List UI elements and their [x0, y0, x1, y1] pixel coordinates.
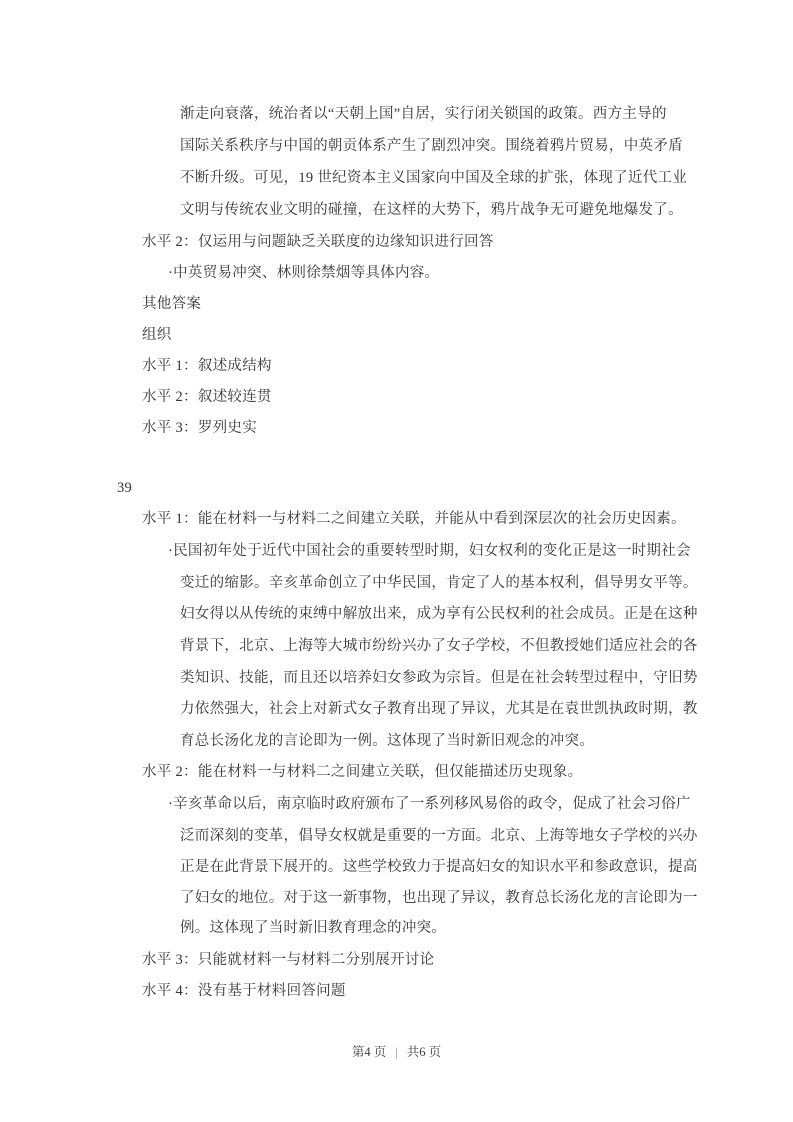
q39-level2-label: 水平 2：能在材料一与材料二之间建立关联，但仅能描述历史现象。	[142, 762, 582, 782]
q39-level1-example-line: 类知识、技能，而且还以培养妇女参政为宗旨。但是在社会转型过程中，守旧势	[180, 668, 698, 688]
question-39-number: 39	[117, 478, 132, 498]
q38-level1-answer-line: 文明与传统农业文明的碰撞，在这样的大势下，鸦片战争无可避免地爆发了。	[180, 200, 683, 220]
q38-level2-label: 水平 2：仅运用与问题缺乏关联度的边缘知识进行回答	[142, 232, 494, 252]
q39-level2-example-line: 了妇女的地位。对于这一新事物，也出现了异议，教育总长汤化龙的言论即为一	[180, 888, 698, 908]
organization-level3: 水平 3：罗列史实	[142, 418, 257, 438]
q39-level1-example-line: ·民国初年处于近代中国社会的重要转型时期，妇女权利的变化正是这一时期社会	[168, 541, 691, 561]
q38-level1-answer-line: 渐走向衰落，统治者以“天朝上国”自居，实行闭关锁国的政策。西方主导的	[180, 104, 667, 124]
page-footer: 第4 页|共6 页	[0, 1042, 793, 1060]
q39-level2-example-line: 正是在此背景下展开的。这些学校致力于提高妇女的知识水平和参政意识，提高	[180, 857, 698, 877]
footer-separator: |	[395, 1045, 398, 1059]
q39-level2-example-line: 泛而深刻的变革，倡导女权就是重要的一方面。北京、上海等地女子学校的兴办	[180, 826, 698, 846]
q39-level1-example-line: 背景下，北京、上海等大城市纷纷兴办了女子学校，不但教授她们适应社会的各	[180, 636, 698, 656]
q39-level1-example-line: 变迁的缩影。辛亥革命创立了中华民国，肯定了人的基本权利，倡导男女平等。	[180, 573, 698, 593]
footer-total-pages: 共6 页	[407, 1045, 441, 1059]
organization-heading: 组织	[142, 325, 172, 345]
organization-level2: 水平 2：叙述较连贯	[142, 387, 272, 407]
footer-page-number: 第4 页	[352, 1045, 386, 1059]
q39-level1-example-line: 力依然强大，社会上对新式女子教育出现了异议，尤其是在袁世凯执政时期，教	[180, 699, 698, 719]
q39-level2-example-line: ·辛亥革命以后，南京临时政府颁布了一系列移风易俗的政令，促成了社会习俗广	[168, 794, 691, 814]
q38-level1-answer-line: 不断升级。可见，19 世纪资本主义国家向中国及全球的扩张，体现了近代工业	[180, 168, 687, 188]
q39-level3-label: 水平 3：只能就材料一与材料二分别展开讨论	[142, 950, 434, 970]
q39-level1-example-line: 妇女得以从传统的束缚中解放出来，成为享有公民权利的社会成员。正是在这种	[180, 604, 698, 624]
other-answers-heading: 其他答案	[142, 294, 201, 314]
q38-level2-example: ·中英贸易冲突、林则徐禁烟等具体内容。	[168, 263, 439, 283]
q38-level1-answer-line: 国际关系秩序与中国的朝贡体系产生了剧烈冲突。围绕着鸦片贸易，中英矛盾	[180, 136, 683, 156]
q39-level1-example-line: 育总长汤化龙的言论即为一例。这体现了当时新旧观念的冲突。	[180, 731, 594, 751]
q39-level1-label: 水平 1：能在材料一与材料二之间建立关联，并能从中看到深层次的社会历史因素。	[142, 509, 686, 529]
organization-level1: 水平 1：叙述成结构	[142, 356, 272, 376]
q39-level4-label: 水平 4：没有基于材料回答问题	[142, 981, 346, 1001]
document-page: 渐走向衰落，统治者以“天朝上国”自居，实行闭关锁国的政策。西方主导的 国际关系秩…	[0, 0, 793, 1122]
q39-level2-example-line: 例。这体现了当时新旧教育理念的冲突。	[180, 918, 446, 938]
